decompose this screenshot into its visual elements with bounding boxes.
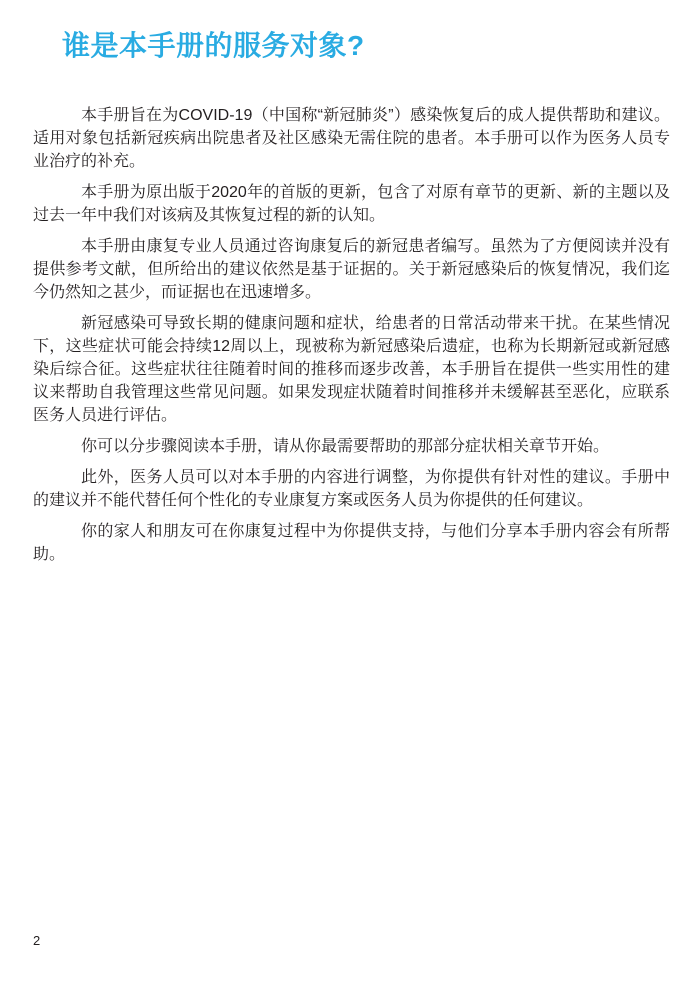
paragraph-7: 你的家人和朋友可在你康复过程中为你提供支持，与他们分享本手册内容会有所帮助。 — [33, 520, 670, 566]
paragraph-1: 本手册旨在为COVID-19（中国称“新冠肺炎”）感染恢复后的成人提供帮助和建议… — [33, 104, 670, 173]
document-page: 谁是本手册的服务对象? 本手册旨在为COVID-19（中国称“新冠肺炎”）感染恢… — [0, 0, 700, 989]
paragraph-2: 本手册为原出版于2020年的首版的更新，包含了对原有章节的更新、新的主题以及过去… — [33, 181, 670, 227]
page-title: 谁是本手册的服务对象? — [62, 30, 365, 62]
body-text: 本手册旨在为COVID-19（中国称“新冠肺炎”）感染恢复后的成人提供帮助和建议… — [33, 104, 670, 574]
paragraph-5: 你可以分步骤阅读本手册，请从你最需要帮助的那部分症状相关章节开始。 — [33, 435, 670, 458]
page-number: 2 — [33, 933, 40, 948]
paragraph-4: 新冠感染可导致长期的健康问题和症状，给患者的日常活动带来干扰。在某些情况下，这些… — [33, 312, 670, 427]
paragraph-3: 本手册由康复专业人员通过咨询康复后的新冠患者编写。虽然为了方便阅读并没有提供参考… — [33, 235, 670, 304]
paragraph-6: 此外，医务人员可以对本手册的内容进行调整，为你提供有针对性的建议。手册中的建议并… — [33, 466, 670, 512]
